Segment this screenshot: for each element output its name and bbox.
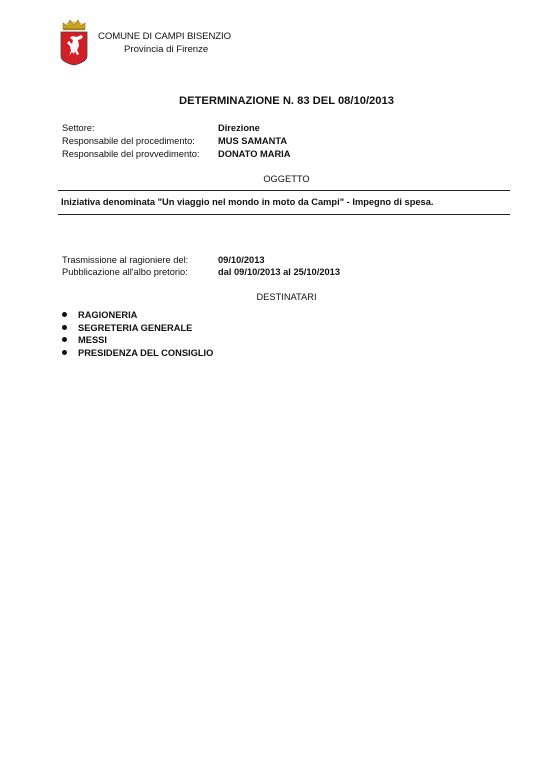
- field-label-measure-manager: Responsabile del provvedimento:: [62, 149, 199, 159]
- date-label-transmission: Trasmissione al ragioniere del:: [62, 255, 188, 265]
- field-value-measure-manager: DONATO MARIA: [218, 149, 290, 159]
- date-label-publication: Pubblicazione all'albo pretorio:: [62, 267, 188, 277]
- date-value-transmission: 09/10/2013: [218, 255, 265, 265]
- list-item: RAGIONERIA: [60, 309, 213, 322]
- list-item: PRESIDENZA DEL CONSIGLIO: [60, 347, 213, 360]
- field-label-procedure-manager: Responsabile del procedimento:: [62, 136, 195, 146]
- organization-province: Provincia di Firenze: [124, 44, 208, 55]
- document-title: DETERMINAZIONE N. 83 DEL 08/10/2013: [0, 95, 543, 107]
- date-value-publication: dal 09/10/2013 al 25/10/2013: [218, 267, 340, 277]
- coat-of-arms-icon: [59, 18, 89, 66]
- bullet-icon: [62, 312, 67, 317]
- recipient-name: PRESIDENZA DEL CONSIGLIO: [78, 348, 213, 358]
- list-item: SEGRETERIA GENERALE: [60, 322, 213, 335]
- bullet-icon: [62, 350, 67, 355]
- recipient-name: SEGRETERIA GENERALE: [78, 323, 192, 333]
- organization-name: COMUNE DI CAMPI BISENZIO: [98, 31, 231, 42]
- recipients-heading: DESTINATARI: [0, 292, 543, 302]
- field-value-procedure-manager: MUS SAMANTA: [218, 136, 287, 146]
- subject-top-divider: [58, 190, 510, 191]
- field-label-sector: Settore:: [62, 123, 95, 133]
- subject-heading: OGGETTO: [0, 174, 543, 184]
- subject-bottom-divider: [58, 214, 510, 215]
- recipient-name: MESSI: [78, 335, 107, 345]
- recipients-list: RAGIONERIA SEGRETERIA GENERALE MESSI PRE…: [60, 309, 213, 359]
- list-item: MESSI: [60, 334, 213, 347]
- bullet-icon: [62, 337, 67, 342]
- recipient-name: RAGIONERIA: [78, 310, 137, 320]
- field-value-sector: Direzione: [218, 123, 260, 133]
- subject-text: Iniziativa denominata "Un viaggio nel mo…: [61, 197, 433, 207]
- bullet-icon: [62, 325, 67, 330]
